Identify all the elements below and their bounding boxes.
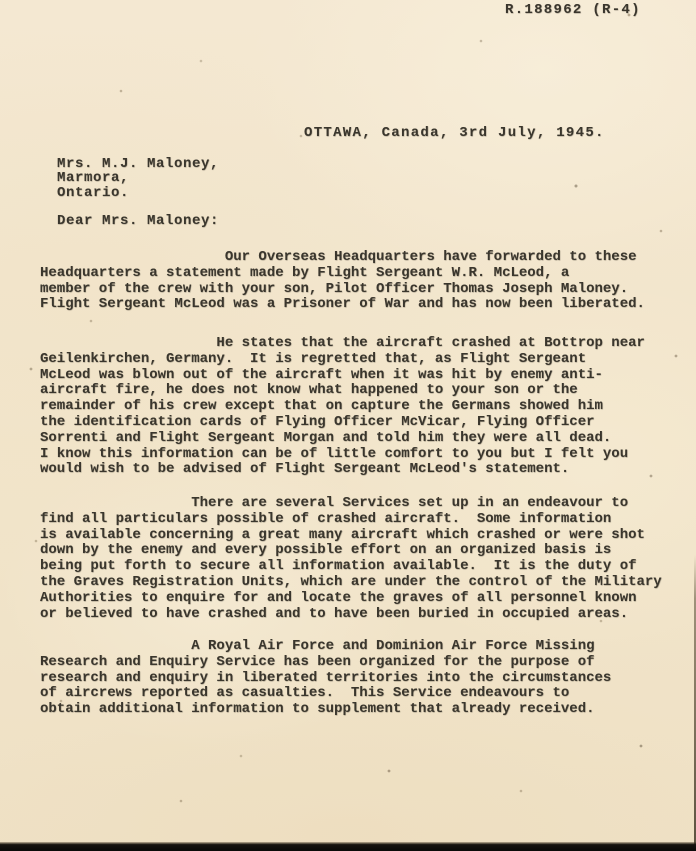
dateline: OTTAWA, Canada, 3rd July, 1945. bbox=[304, 126, 605, 142]
paper-specks bbox=[0, 0, 2, 2]
reference-number: R.188962 (R-4) bbox=[505, 3, 641, 19]
scan-edge-bottom bbox=[0, 842, 696, 851]
letter-page: R.188962 (R-4) OTTAWA, Canada, 3rd July,… bbox=[0, 0, 696, 851]
salutation: Dear Mrs. Maloney: bbox=[57, 214, 219, 230]
paragraph-1: Our Overseas Headquarters have forwarded… bbox=[40, 250, 645, 313]
paragraph-3: There are several Services set up in an … bbox=[40, 496, 662, 622]
paragraph-2: He states that the aircraft crashed at B… bbox=[40, 336, 645, 478]
paragraph-4: A Royal Air Force and Dominion Air Force… bbox=[40, 639, 611, 718]
recipient-address: Mrs. M.J. Maloney, Marmora, Ontario. bbox=[57, 157, 219, 200]
